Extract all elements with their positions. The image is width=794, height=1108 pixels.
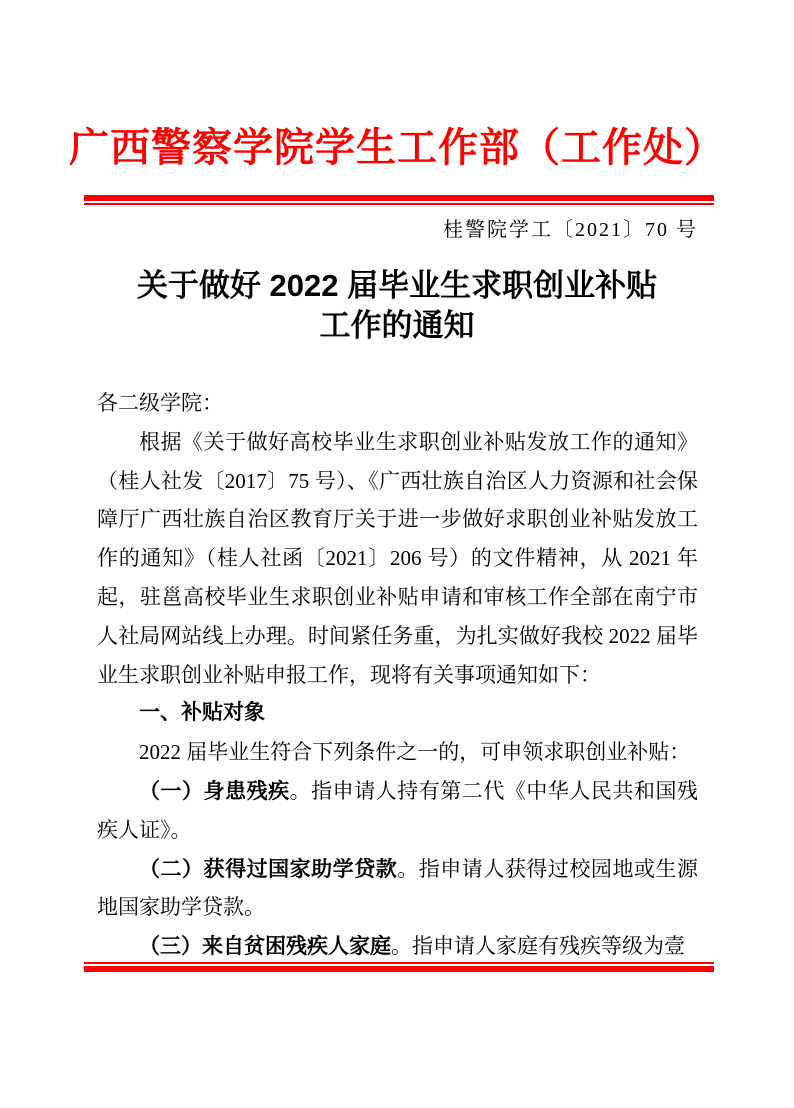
paragraph-basis: 根据《关于做好高校毕业生求职创业补贴发放工作的通知》（桂人社发〔2017〕75 … [97, 423, 698, 695]
condition-item-3: （三）来自贫困残疾人家庭。指申请人家庭有残疾等级为壹 [97, 927, 698, 966]
document-body: 各二级学院： 根据《关于做好高校毕业生求职创业补贴发放工作的通知》（桂人社发〔2… [97, 384, 698, 966]
red-divider-top [84, 195, 714, 205]
condition-item-2-lead: （二）获得过国家助学贷款 [139, 857, 397, 881]
red-divider-bottom [84, 962, 714, 972]
condition-item-1-lead: （一）身患残疾 [139, 779, 290, 803]
section-1-intro: 2022 届毕业生符合下列条件之一的，可申领求职创业补贴： [97, 733, 698, 772]
document-page: 广西警察学院学生工作部（工作处） 桂警院学工〔2021〕70 号 关于做好 20… [0, 0, 794, 1108]
condition-item-3-lead: （三）来自贫困残疾人家庭 [139, 934, 391, 958]
salutation: 各二级学院： [97, 384, 698, 423]
section-heading-1: 一、补贴对象 [97, 694, 698, 733]
condition-item-1: （一）身患残疾。指申请人持有第二代《中华人民共和国残疾人证》。 [97, 772, 698, 850]
doc-number: 桂警院学工〔2021〕70 号 [97, 217, 698, 243]
doc-title-line-1: 关于做好 2022 届毕业生求职创业补贴 [0, 266, 794, 306]
condition-item-3-text: 。指申请人家庭有残疾等级为壹 [391, 934, 685, 958]
doc-title-line-2: 工作的通知 [0, 306, 794, 346]
doc-title: 关于做好 2022 届毕业生求职创业补贴 工作的通知 [0, 266, 794, 346]
condition-item-2: （二）获得过国家助学贷款。指申请人获得过校园地或生源地国家助学贷款。 [97, 850, 698, 928]
org-title: 广西警察学院学生工作部（工作处） [0, 124, 794, 172]
